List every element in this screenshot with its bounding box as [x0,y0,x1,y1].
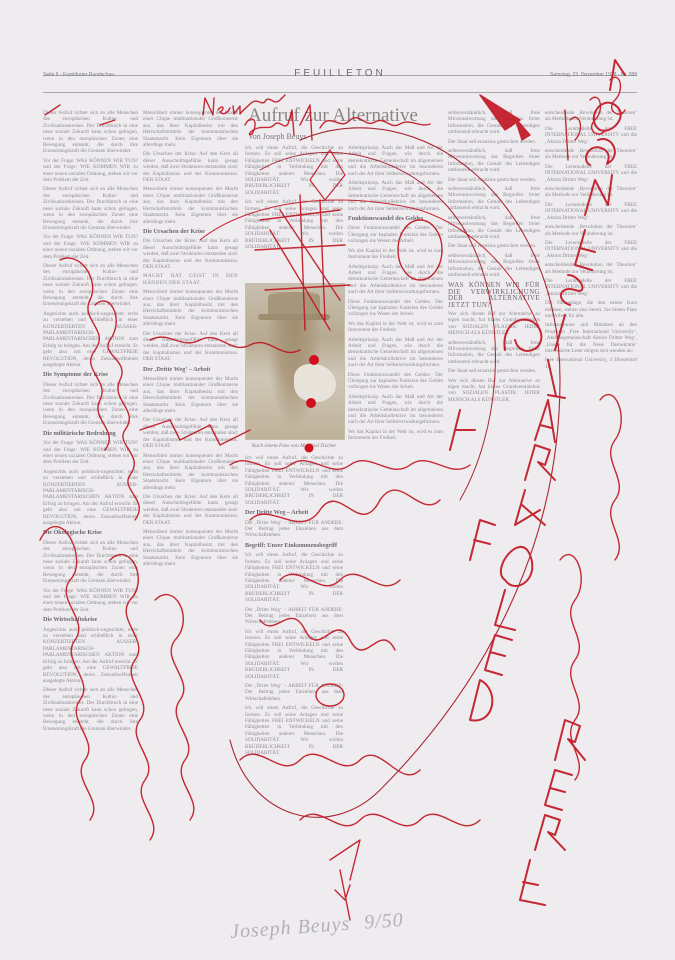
column-text: selbstverständlich, daß freie Mitverantw… [448,253,540,279]
column-text: Dieser Aufruf richtet sich an alle Mensc… [43,382,138,427]
header-bottom-rule [43,92,637,93]
column-text: Die Ursachen der Krise: Auf den Kern all… [143,238,238,270]
column-3-bottom: Ich will einen Aufruf, die Geschichte zu… [245,455,343,900]
column-text: Die Lernmodelle der FREE INTERNATIONAL U… [545,164,637,183]
headline: Aufruf zur Alternative [248,105,418,127]
column-text: selbstverständlich, daß freie Mitverantw… [448,215,540,241]
photo-highlight [294,364,336,402]
column-text: Die Lernmodelle der FREE INTERNATIONAL U… [545,278,637,297]
column-text: Ich will einen Aufruf, die Geschichte zu… [245,199,343,250]
column-6: entscheidende ‚Revolution der Theorien‘ … [545,110,637,900]
column-text: Arbeitsprinzip. Auch das Maß und Art der… [348,394,443,426]
column-text: Diese Funktionswandel des Geldes: Der Üb… [348,299,443,318]
column-text: Der ‚Dritte Weg‘ – ARBEIT FÜR ANDERE: De… [245,607,343,626]
column-text: Vor der Frage: WAS KÖNNEN WIR TUN? und d… [43,588,138,614]
column-text: Menschheit immer konsequenter der Macht … [143,453,238,491]
subheading: Begriff: Unser Einkommensbegriff [245,543,343,549]
subheading: Die Symptome der Krise [43,372,138,378]
column-text: Die Lernmodelle der FREE INTERNATIONAL U… [545,240,637,259]
newspaper-header: Seite II · Frankfurter Rundschau FEUILLE… [43,58,637,90]
column-text: Dieser Aufruf richtet sich an alle Mensc… [43,110,138,155]
column-text: selbstverständlich, daß freie Mitverantw… [448,148,540,174]
column-text: Menschheit immer konsequenter der Macht … [143,110,238,148]
issue-date: Samstag, 23. Dezember 1978 · Nr. 288 [550,72,637,78]
subheading: Funktionswandel des Geldes [348,216,443,222]
column-text: Arbeitsprinzip. Auch das Maß und Art der… [348,145,443,177]
column-text: entscheidende ‚Revolution der Theorien‘ … [545,224,637,237]
column-text: selbstverständlich, daß freie Mitverantw… [448,340,540,366]
column-text: Informationen und Mitarbeit an den Proje… [545,322,637,354]
column-text: entscheidende ‚Revolution der Theorien‘ … [545,186,637,199]
column-text: Wer sich diesen Ruf zur Alternative zu e… [448,378,540,404]
column-text: Dieser Aufruf richtet sich an alle Mensc… [43,186,138,231]
column-text: Angesichts auch politisch-ungeachtet, re… [43,469,138,527]
column-text: Arbeitsprinzip. Auch das Maß und Art der… [348,180,443,212]
column-text: Dieser Aufruf richtet sich an alle Mensc… [43,540,138,585]
column-text: selbstverständlich, daß freie Mitverantw… [448,110,540,136]
column-text: Ich will einen Aufruf, die Geschichte zu… [245,145,343,196]
column-text: Der Staat soll ersatzlos gestrichen werd… [448,139,540,145]
subheading: Die Wirtschaftskrise [43,617,138,623]
column-text: Menschheit immer konsequenter der Macht … [143,289,238,327]
column-text: Ich will einen Aufruf, die Geschichte zu… [245,552,343,603]
column-text: entscheidende ‚Revolution der Theorien‘ … [545,110,637,123]
photo-hat [268,294,320,316]
column-1: Dieser Aufruf richtet sich an alle Mensc… [43,110,138,900]
column-text: Der ‚Dritte Weg‘ – ARBEIT FÜR ANDERE: De… [245,520,343,539]
photo-caption: Nach einem Foto von Manfred Tischer [245,443,343,449]
subheading: Die Ursachen der Krise [143,229,238,235]
column-text: Die Lernmodelle der FREE INTERNATIONAL U… [545,202,637,221]
subheading: Der ‚Dritte Weg‘ – Arbeit [143,367,238,373]
column-text: Wo das Kapital in der Welt ist, wird es … [348,429,443,442]
column-text: Angesichts auch politisch-ungeachtet, re… [43,627,138,685]
column-text: Wer sich diesen Ruf zur Alternative zu e… [448,311,540,337]
column-text: Die Ursachen der Krise: Auf den Kern all… [143,151,238,183]
portrait-photo [245,283,345,440]
column-text: Ich will einen Aufruf, die Geschichte zu… [245,705,343,756]
column-text: Ich will einen Aufruf, die Geschichte zu… [245,455,343,506]
subheading: WAS KÖNNEN WIR FÜR DIE VERWIRKLICHUNG DE… [448,282,540,308]
column-text: Diese Funktionswandel des Geldes: Der Üb… [348,372,443,391]
column-text: Arbeitsprinzip. Auch das Maß und Art der… [348,337,443,369]
column-text: Der Staat soll ersatzlos gestrichen werd… [448,243,540,249]
pencil-signature: Joseph Beuys 9/50 [229,909,404,944]
column-text: entscheidende ‚Revolution der Theorien‘ … [545,148,637,161]
signature-name: Joseph Beuys [229,913,351,943]
column-text: Der ‚Dritte Weg‘ – ARBEIT FÜR ANDERE: De… [245,683,343,702]
column-text: Free International University, 4 Düsseld… [545,357,637,370]
column-text: Der Staat soll ersatzlos gestrichen werd… [448,177,540,183]
column-text: Die Ursachen der Krise: Auf den Kern all… [143,417,238,449]
photo-hat-brim [258,314,330,320]
byline: Von Joseph Beuys [248,132,307,141]
column-text: Angesichts auch politisch-ungeachtet, re… [43,311,138,369]
edition-number: 9/50 [363,909,404,934]
column-text: Ich will einen Aufruf, die Geschichte zu… [245,629,343,680]
subheading: Die Ökologische Krise [43,530,138,536]
column-text: Diese Funktionswandel des Geldes: Der Üb… [348,225,443,244]
column-text: Dieser Aufruf richtet sich an alle Mensc… [43,263,138,308]
column-text: Menschheit immer konsequenter der Macht … [143,529,238,567]
column-text: Arbeitsprinzip. Auch das Maß und Art der… [348,264,443,296]
column-text: Menschheit immer konsequenter der Macht … [143,186,238,224]
column-text: entscheidende ‚Revolution der Theorien‘ … [545,262,637,275]
column-text: Wo das Kapital in der Welt ist, wird es … [348,321,443,334]
column-text: Die Lernmodelle der FREE INTERNATIONAL U… [545,126,637,145]
column-text: Vor der Frage: WAS KÖNNEN WIR TUN? und d… [43,234,138,260]
section-title: FEUILLETON [43,68,637,79]
column-text: Die Fähnenlage, die den neuen Kurs nehme… [545,300,637,319]
column-text: Vor der Frage: WAS KÖNNEN WIR TUN? und d… [43,440,138,466]
subheading: Der Dritte Weg – Arbeit [245,510,343,516]
column-text: Vor der Frage: WAS KÖNNEN WIR TUN? und d… [43,158,138,184]
column-3-top: Ich will einen Aufruf, die Geschichte zu… [245,145,343,280]
column-text: Dieser Aufruf richtet sich an alle Mensc… [43,687,138,732]
column-5: selbstverständlich, daß freie Mitverantw… [448,110,540,900]
column-4: Arbeitsprinzip. Auch das Maß und Art der… [348,145,443,900]
paper-sheet: Seite II · Frankfurter Rundschau FEUILLE… [0,0,675,960]
subheading: Die militärische Bedrohung [43,431,138,437]
column-text: Die Ursachen der Krise: Auf den Kern all… [143,331,238,363]
column-text: Wo das Kapital in der Welt ist, wird es … [348,248,443,261]
column-text: MACHT HAT GEIST IN DEN HÄNDEN DER STAAT. [143,273,238,286]
column-2: Menschheit immer konsequenter der Macht … [143,110,238,900]
column-text: Menschheit immer konsequenter der Macht … [143,376,238,414]
column-text: Die Ursachen der Krise: Auf den Kern all… [143,494,238,526]
column-text: Der Staat soll ersatzlos gestrichen werd… [448,368,540,374]
column-text: selbstverständlich, daß freie Mitverantw… [448,186,540,212]
